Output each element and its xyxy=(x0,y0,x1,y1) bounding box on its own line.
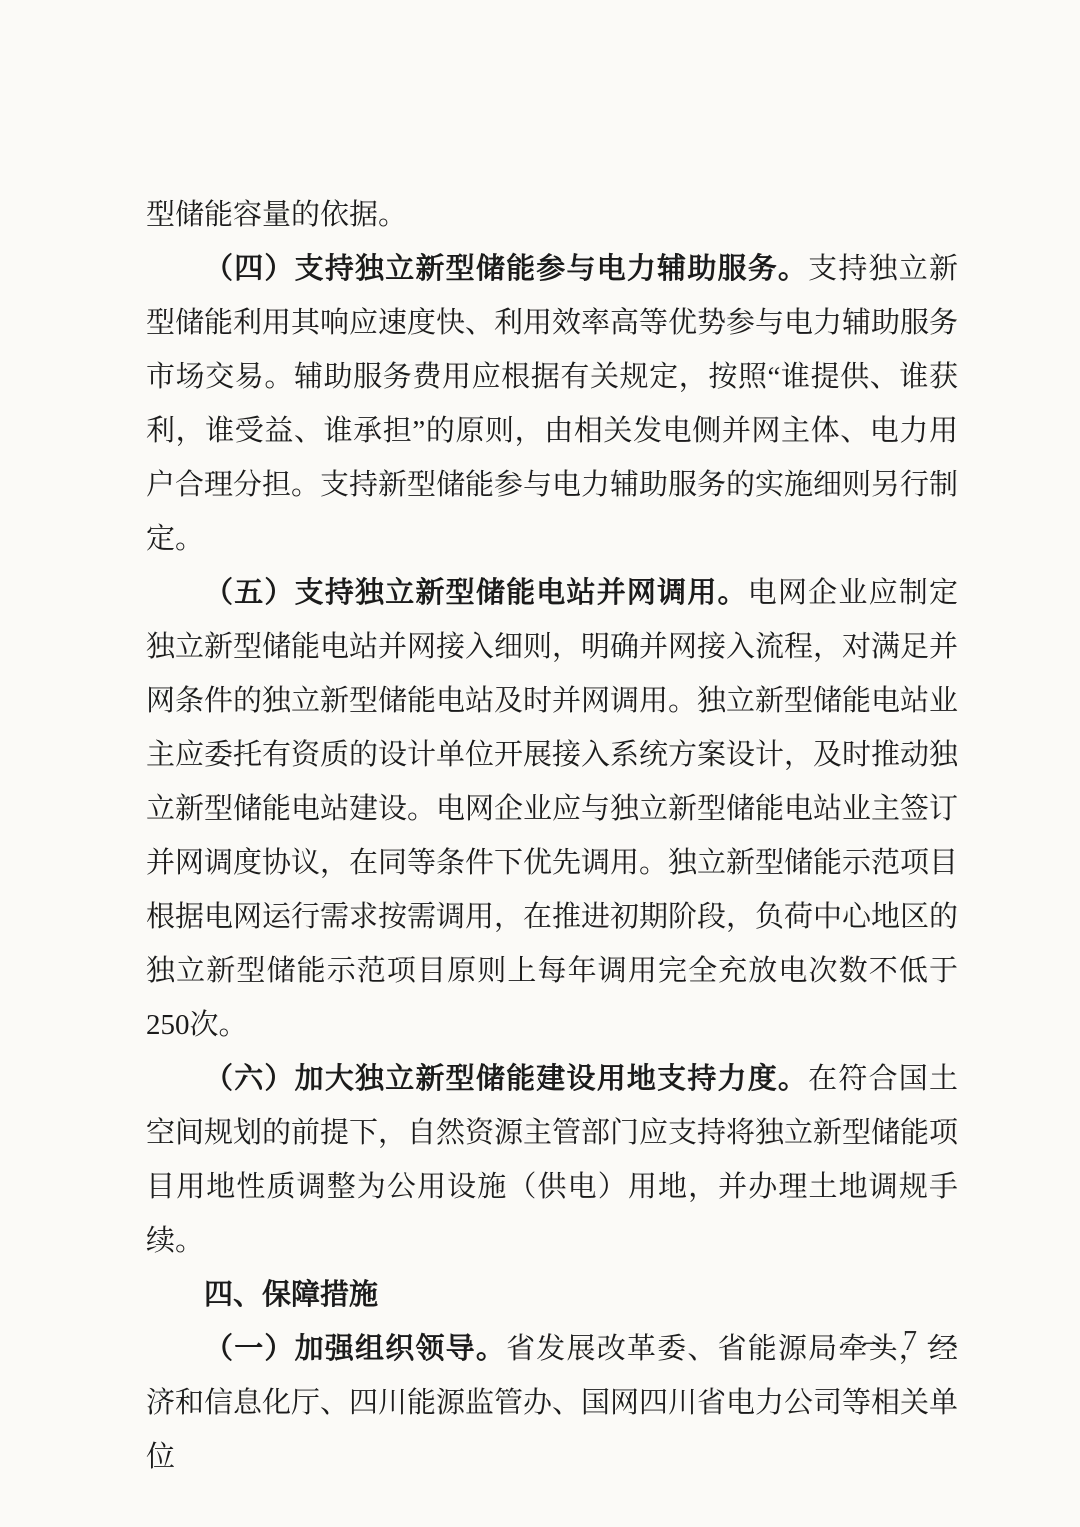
document-body: 型储能容量的依据。 （四）支持独立新型储能参与电力辅助服务。支持独立新型储能利用… xyxy=(146,188,958,1484)
paragraph-item-4: （四）支持独立新型储能参与电力辅助服务。支持独立新型储能利用其响应速度快、利用效… xyxy=(146,242,958,566)
document-page: 型储能容量的依据。 （四）支持独立新型储能参与电力辅助服务。支持独立新型储能利用… xyxy=(0,0,1080,1527)
paragraph-item-4-lead: （四）支持独立新型储能参与电力辅助服务。 xyxy=(204,253,808,285)
paragraph-item-4-body: 支持独立新型储能利用其响应速度快、利用效率高等优势参与电力辅助服务市场交易。辅助… xyxy=(146,253,958,555)
paragraph-item-5-lead: （五）支持独立新型储能电站并网调用。 xyxy=(204,577,748,609)
paragraph-item-6: （六）加大独立新型储能建设用地支持力度。在符合国土空间规划的前提下，自然资源主管… xyxy=(146,1052,958,1268)
paragraph-item-6-lead: （六）加大独立新型储能建设用地支持力度。 xyxy=(204,1063,808,1095)
section-heading-safeguard-measures: 四、保障措施 xyxy=(146,1268,958,1322)
page-number: — 7 — xyxy=(146,1326,958,1358)
paragraph-continuation: 型储能容量的依据。 xyxy=(146,188,958,242)
paragraph-item-5: （五）支持独立新型储能电站并网调用。电网企业应制定独立新型储能电站并网接入细则，… xyxy=(146,566,958,1052)
paragraph-item-5-body: 电网企业应制定独立新型储能电站并网接入细则，明确并网接入流程，对满足并网条件的独… xyxy=(146,577,958,1041)
